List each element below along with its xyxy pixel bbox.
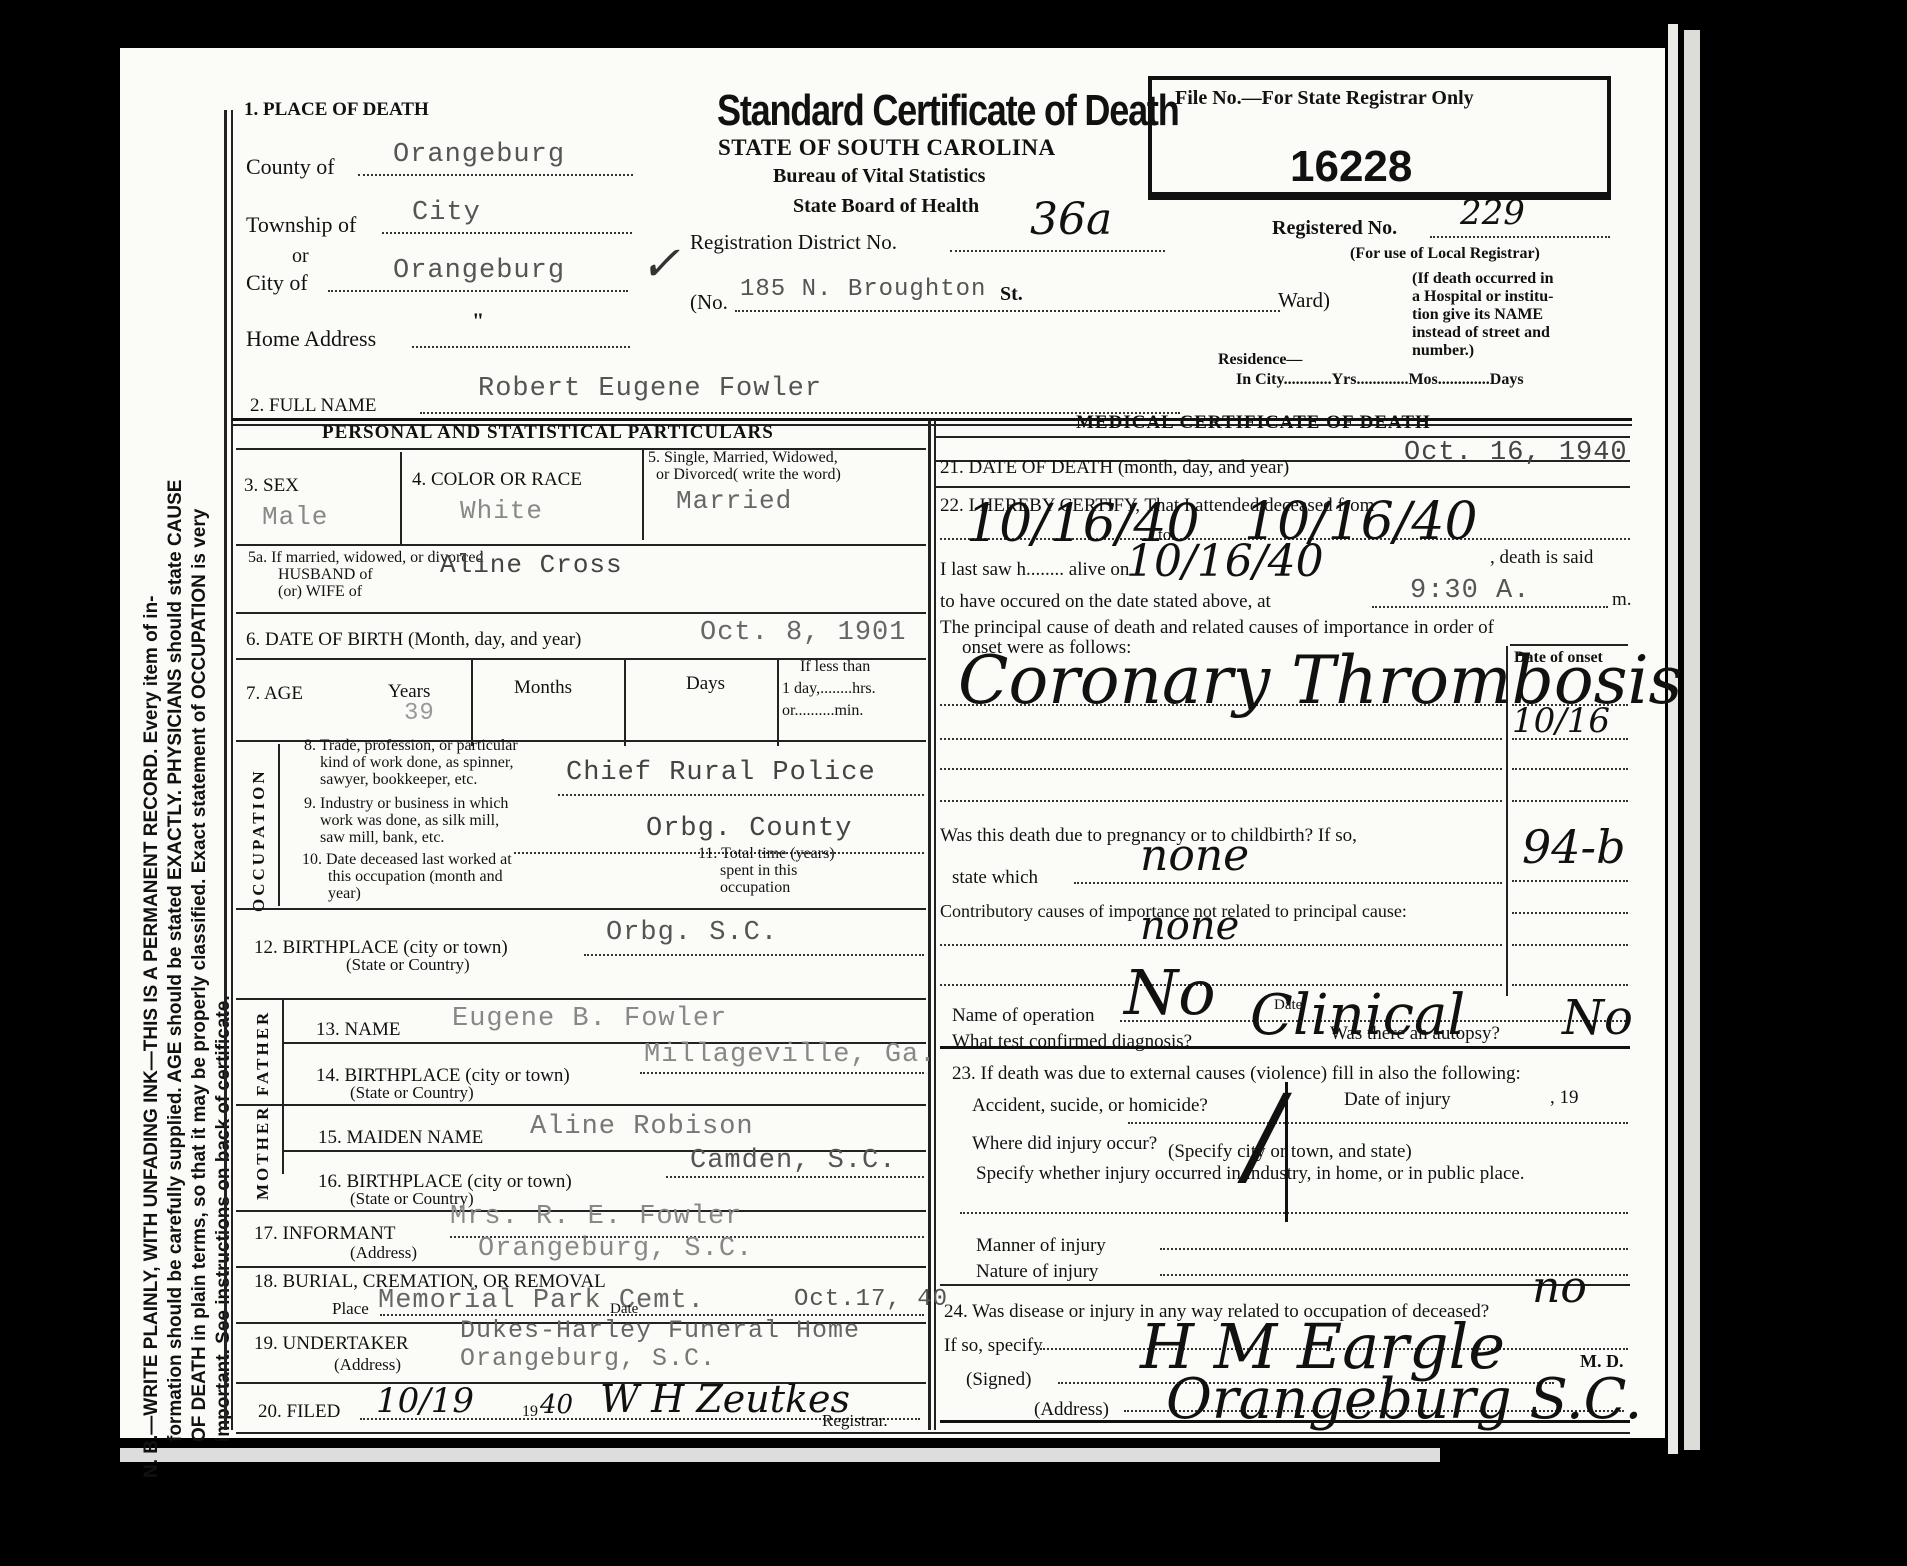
- divider: [940, 1284, 1630, 1286]
- medical-heading: MEDICAL CERTIFICATE OF DEATH: [1076, 412, 1431, 434]
- time-suffix: m.: [1612, 590, 1632, 609]
- informant-address-label: (Address): [350, 1244, 417, 1261]
- address-label: (Address): [1034, 1400, 1109, 1419]
- city-line: [328, 290, 628, 292]
- certificate-title: Standard Certificate of Death: [717, 86, 1179, 136]
- divider: [940, 1420, 1630, 1423]
- trade-label-line: kind of work done, as spinner,: [304, 755, 518, 772]
- divider: [236, 1104, 926, 1106]
- form-left-border: [231, 110, 233, 1430]
- race-label: 4. COLOR OR RACE: [412, 470, 582, 489]
- form-left-border: [224, 110, 227, 1430]
- age-years-value[interactable]: 39: [404, 702, 435, 726]
- if-so-label: If so, specify: [944, 1336, 1043, 1355]
- divider: [936, 486, 1630, 488]
- manner-label: Manner of injury: [976, 1236, 1106, 1255]
- last-saw-value[interactable]: 10/16/40: [1126, 540, 1324, 584]
- undertaker-address-label: (Address): [334, 1356, 401, 1373]
- personal-heading: PERSONAL AND STATISTICAL PARTICULARS: [322, 422, 774, 444]
- informant-address-value[interactable]: Orangeburg, S.C.: [478, 1236, 753, 1263]
- signed-label: (Signed): [966, 1370, 1031, 1389]
- divider: [236, 544, 926, 546]
- injury-year-label: , 19: [1550, 1088, 1579, 1107]
- or-label: or: [292, 246, 309, 266]
- home-address-line: [412, 346, 630, 348]
- hospital-note-line: number.): [1412, 342, 1554, 360]
- divider: [400, 452, 402, 544]
- divider: [940, 1046, 1630, 1049]
- registrar-label: Registrar.: [822, 1412, 888, 1429]
- registration-district-label: Registration District No.: [690, 232, 897, 253]
- city-label: City of: [246, 272, 308, 294]
- trade-value[interactable]: Chief Rural Police: [566, 760, 876, 787]
- occurred-label: to have occured on the date stated above…: [940, 592, 1271, 611]
- trade-label-line: sawyer, bookkeeper, etc.: [304, 772, 518, 789]
- divider: [278, 744, 280, 906]
- residence-in-city: In City............Yrs.............Mos..…: [1236, 372, 1524, 389]
- occupation-related-value[interactable]: no: [1532, 1266, 1587, 1310]
- township-line: [382, 232, 632, 234]
- divider: [642, 448, 644, 540]
- margin-line-3: OF DEATH in plain terms, so that it may …: [188, 480, 212, 1478]
- paper-edge: [120, 1448, 1440, 1462]
- dod-value[interactable]: Oct. 16, 1940: [1404, 440, 1628, 467]
- residence-label: Residence—: [1218, 352, 1302, 369]
- margin-line-1: N. B.—WRITE PLAINLY, WITH UNFADING INK—T…: [140, 480, 164, 1478]
- not-applicable-mark: /: [1246, 1080, 1283, 1190]
- where-label: Where did injury occur?: [972, 1134, 1157, 1153]
- home-address-value[interactable]: ": [472, 310, 484, 332]
- filed-year-prefix: 19: [522, 1404, 538, 1420]
- registration-district-line: [950, 250, 1165, 252]
- center-divider: [934, 420, 936, 1430]
- where-line: [1128, 1122, 1628, 1124]
- undertaker-address-value[interactable]: Orangeburg, S.C.: [460, 1346, 716, 1371]
- undertaker-label: 19. UNDERTAKER: [254, 1334, 409, 1353]
- father-name-label: 13. NAME: [316, 1020, 400, 1039]
- injury-date-label: Date of injury: [1344, 1090, 1451, 1109]
- autopsy-label: Was there an autopsy?: [1330, 1024, 1500, 1043]
- nature-label: Nature of injury: [976, 1262, 1098, 1281]
- accident-label: Accident, sucide, or homicide?: [972, 1096, 1208, 1115]
- full-name-label: 2. FULL NAME: [250, 396, 377, 415]
- cause-label: The principal cause of death and related…: [940, 618, 1494, 637]
- total-time-label: 11. Total time (years) spent in this occ…: [698, 846, 835, 896]
- onset-line: [1512, 800, 1628, 802]
- industry-label-line: saw mill, bank, etc.: [304, 830, 508, 847]
- divider: [236, 998, 926, 1000]
- contributory-value[interactable]: none: [1140, 906, 1239, 946]
- spouse-value[interactable]: Aline Cross: [440, 552, 623, 578]
- divider: [624, 660, 626, 746]
- street-line: [735, 310, 1280, 312]
- hospital-note: (If death occurred in a Hospital or inst…: [1412, 270, 1554, 360]
- hospital-note-line: a Hospital or institu-: [1412, 288, 1554, 306]
- street-suffix: St.: [1000, 284, 1023, 304]
- age-less-than-day: If less than 1 day,........hrs. or......…: [782, 656, 876, 722]
- time-value[interactable]: 9:30 A.: [1410, 578, 1530, 605]
- township-label: Township of: [246, 214, 356, 236]
- time-line: [1372, 606, 1608, 608]
- divider: [777, 660, 779, 746]
- age-less-line: or..........min.: [782, 700, 876, 722]
- total-time-label-line: spent in this: [698, 863, 835, 880]
- father-name-value[interactable]: Eugene B. Fowler: [452, 1006, 727, 1033]
- industry-label-line: 9. Industry or business in which: [304, 796, 508, 813]
- mother-birthplace-line: [666, 1176, 924, 1178]
- registrar-signature[interactable]: W H Zeutkes: [600, 1380, 850, 1418]
- county-value[interactable]: Orangeburg: [393, 142, 565, 169]
- father-birthplace-sub-label: (State or Country): [350, 1084, 474, 1101]
- registered-no-label: Registered No.: [1272, 218, 1397, 238]
- place-of-death-heading: 1. PLACE OF DEATH: [244, 100, 429, 119]
- full-name-value[interactable]: Robert Eugene Fowler: [478, 376, 822, 403]
- industry-label-line: work was done, as silk mill,: [304, 813, 508, 830]
- father-birthplace-value[interactable]: Millageville, Ga.: [644, 1042, 936, 1069]
- age-days-label: Days: [686, 674, 725, 693]
- registered-no-line: [1430, 236, 1610, 238]
- manner-line: [1160, 1248, 1628, 1250]
- informant-label: 17. INFORMANT: [254, 1224, 395, 1243]
- state-name: STATE OF SOUTH CAROLINA: [718, 136, 1056, 159]
- marital-label-line: 5. Single, Married, Widowed,: [648, 450, 841, 467]
- street-label: (No.: [690, 292, 728, 313]
- local-registrar-note: (For use of Local Registrar): [1350, 246, 1540, 263]
- burial-date-label: Date: [610, 1302, 638, 1317]
- hospital-note-line: instead of street and: [1412, 324, 1554, 342]
- street-value[interactable]: 185 N. Broughton: [740, 278, 986, 302]
- age-years-label: Years: [388, 682, 430, 701]
- race-value[interactable]: White: [460, 498, 543, 524]
- dob-label: 6. DATE OF BIRTH (Month, day, and year): [246, 630, 581, 649]
- sex-value[interactable]: Male: [262, 504, 328, 530]
- not-applicable-mark: [1285, 1082, 1288, 1222]
- onset-line: [1512, 768, 1628, 770]
- registered-no-value[interactable]: 229: [1460, 196, 1525, 230]
- age-label: 7. AGE: [246, 684, 303, 703]
- cause-line: [940, 738, 1502, 740]
- cause-line: [940, 768, 1502, 770]
- county-line: [358, 174, 633, 176]
- marital-label: 5. Single, Married, Widowed, or Divorced…: [648, 450, 841, 484]
- registration-district-value[interactable]: 36a: [1030, 198, 1112, 242]
- informant-value[interactable]: Mrs. R. E. Fowler: [450, 1204, 742, 1231]
- burial-date-value[interactable]: Oct.17, 40: [794, 1288, 948, 1312]
- margin-instructions: N. B.—WRITE PLAINLY, WITH UNFADING INK—T…: [140, 480, 236, 1478]
- board-name: State Board of Health: [793, 196, 979, 216]
- divider: [236, 908, 926, 910]
- dod-label: 21. DATE OF DEATH (month, day, and year): [940, 458, 1289, 477]
- classification-code[interactable]: 94-b: [1522, 824, 1626, 870]
- mother-name-value[interactable]: Aline Robison: [530, 1114, 754, 1141]
- onset-line: [1512, 944, 1628, 946]
- total-time-label-line: occupation: [698, 880, 835, 897]
- last-worked-label-line: 10. Date deceased last worked at: [302, 852, 512, 869]
- mother-side-label: MOTHER: [254, 1105, 271, 1200]
- age-less-line: If less than: [782, 656, 876, 678]
- last-saw-label: I last saw h........ alive on: [940, 560, 1129, 579]
- mother-name-label: 15. MAIDEN NAME: [318, 1128, 483, 1147]
- file-number[interactable]: 16228: [1290, 142, 1412, 192]
- last-worked-label: 10. Date deceased last worked at this oc…: [302, 852, 512, 902]
- marital-value[interactable]: Married: [676, 488, 792, 514]
- burial-place-label: Place: [332, 1300, 369, 1317]
- mother-birthplace-value[interactable]: Camden, S.C.: [690, 1148, 896, 1175]
- age-months-label: Months: [514, 678, 572, 697]
- pregnancy-value[interactable]: none: [1140, 834, 1249, 878]
- paper-edge: [1668, 24, 1678, 1454]
- pregnancy-line: [1074, 882, 1502, 884]
- operation-value[interactable]: No: [1124, 962, 1216, 1024]
- operation-label: Name of operation: [952, 1006, 1094, 1025]
- divider: [236, 612, 926, 614]
- dob-value[interactable]: Oct. 8, 1901: [700, 620, 906, 647]
- divider: [236, 1266, 926, 1268]
- industry-value[interactable]: Orbg. County: [646, 816, 852, 843]
- city-value[interactable]: Orangeburg: [393, 258, 565, 285]
- onset-line: [1512, 912, 1628, 914]
- occupation-side-label: OCCUPATION: [250, 768, 267, 912]
- hospital-note-line: (If death occurred in: [1412, 270, 1554, 288]
- file-box-label: File No.—For State Registrar Only: [1175, 88, 1474, 108]
- pregnancy-label-2: state which: [952, 868, 1038, 887]
- autopsy-value[interactable]: No: [1562, 994, 1633, 1042]
- township-value[interactable]: City: [412, 200, 481, 227]
- trade-label: 8. Trade, profession, or particular kind…: [304, 738, 518, 788]
- onset-value[interactable]: 10/16: [1512, 704, 1610, 738]
- birthplace-line: [584, 954, 924, 956]
- onset-line: [1512, 880, 1628, 882]
- burial-place-value[interactable]: Memorial Park Cemt.: [378, 1288, 705, 1315]
- paper-edge: [1684, 30, 1700, 1450]
- divider: [471, 660, 473, 746]
- birthplace-sub-label: (State or Country): [346, 956, 470, 973]
- age-less-line: 1 day,........hrs.: [782, 678, 876, 700]
- checkmark-icon: ✓: [640, 240, 680, 288]
- margin-line-2: formation should be carefully supplied. …: [164, 480, 188, 1478]
- filed-label: 20. FILED: [258, 1402, 340, 1421]
- form-bottom-border: [236, 1432, 1630, 1434]
- full-name-line: [420, 412, 1180, 414]
- specify-city-label: (Specify city or town, and state): [1168, 1142, 1412, 1161]
- county-label: County of: [246, 156, 335, 178]
- total-time-label-line: 11. Total time (years): [698, 846, 835, 863]
- last-worked-label-line: this occupation (month and: [302, 869, 512, 886]
- cause-line: [940, 800, 1502, 802]
- onset-line: [1512, 984, 1628, 986]
- father-side-label: FATHER: [254, 1010, 271, 1096]
- injury-line: [960, 1212, 1628, 1214]
- filed-year-value[interactable]: 40: [540, 1392, 573, 1418]
- father-birthplace-line: [640, 1072, 924, 1074]
- sex-label: 3. SEX: [244, 476, 299, 495]
- birthplace-value[interactable]: Orbg. S.C.: [606, 920, 778, 947]
- home-address-label: Home Address: [246, 328, 376, 350]
- bureau-name: Bureau of Vital Statistics: [773, 166, 985, 186]
- filed-date-value[interactable]: 10/19: [376, 1384, 474, 1418]
- trade-line: [558, 794, 924, 796]
- external-causes-label: 23. If death was due to external causes …: [952, 1064, 1521, 1083]
- last-worked-label-line: year): [302, 886, 512, 903]
- marital-label-line: or Divorced( write the word): [648, 467, 841, 484]
- undertaker-value[interactable]: Dukes-Harley Funeral Home: [460, 1318, 860, 1343]
- ward-label: Ward): [1278, 290, 1330, 311]
- divider: [282, 1000, 284, 1174]
- death-said-label: , death is said: [1490, 548, 1593, 567]
- center-divider: [928, 420, 931, 1430]
- hospital-note-line: tion give its NAME: [1412, 306, 1554, 324]
- industry-label: 9. Industry or business in which work wa…: [304, 796, 508, 846]
- spouse-label-line: (or) WIFE of: [248, 584, 483, 601]
- trade-label-line: 8. Trade, profession, or particular: [304, 738, 518, 755]
